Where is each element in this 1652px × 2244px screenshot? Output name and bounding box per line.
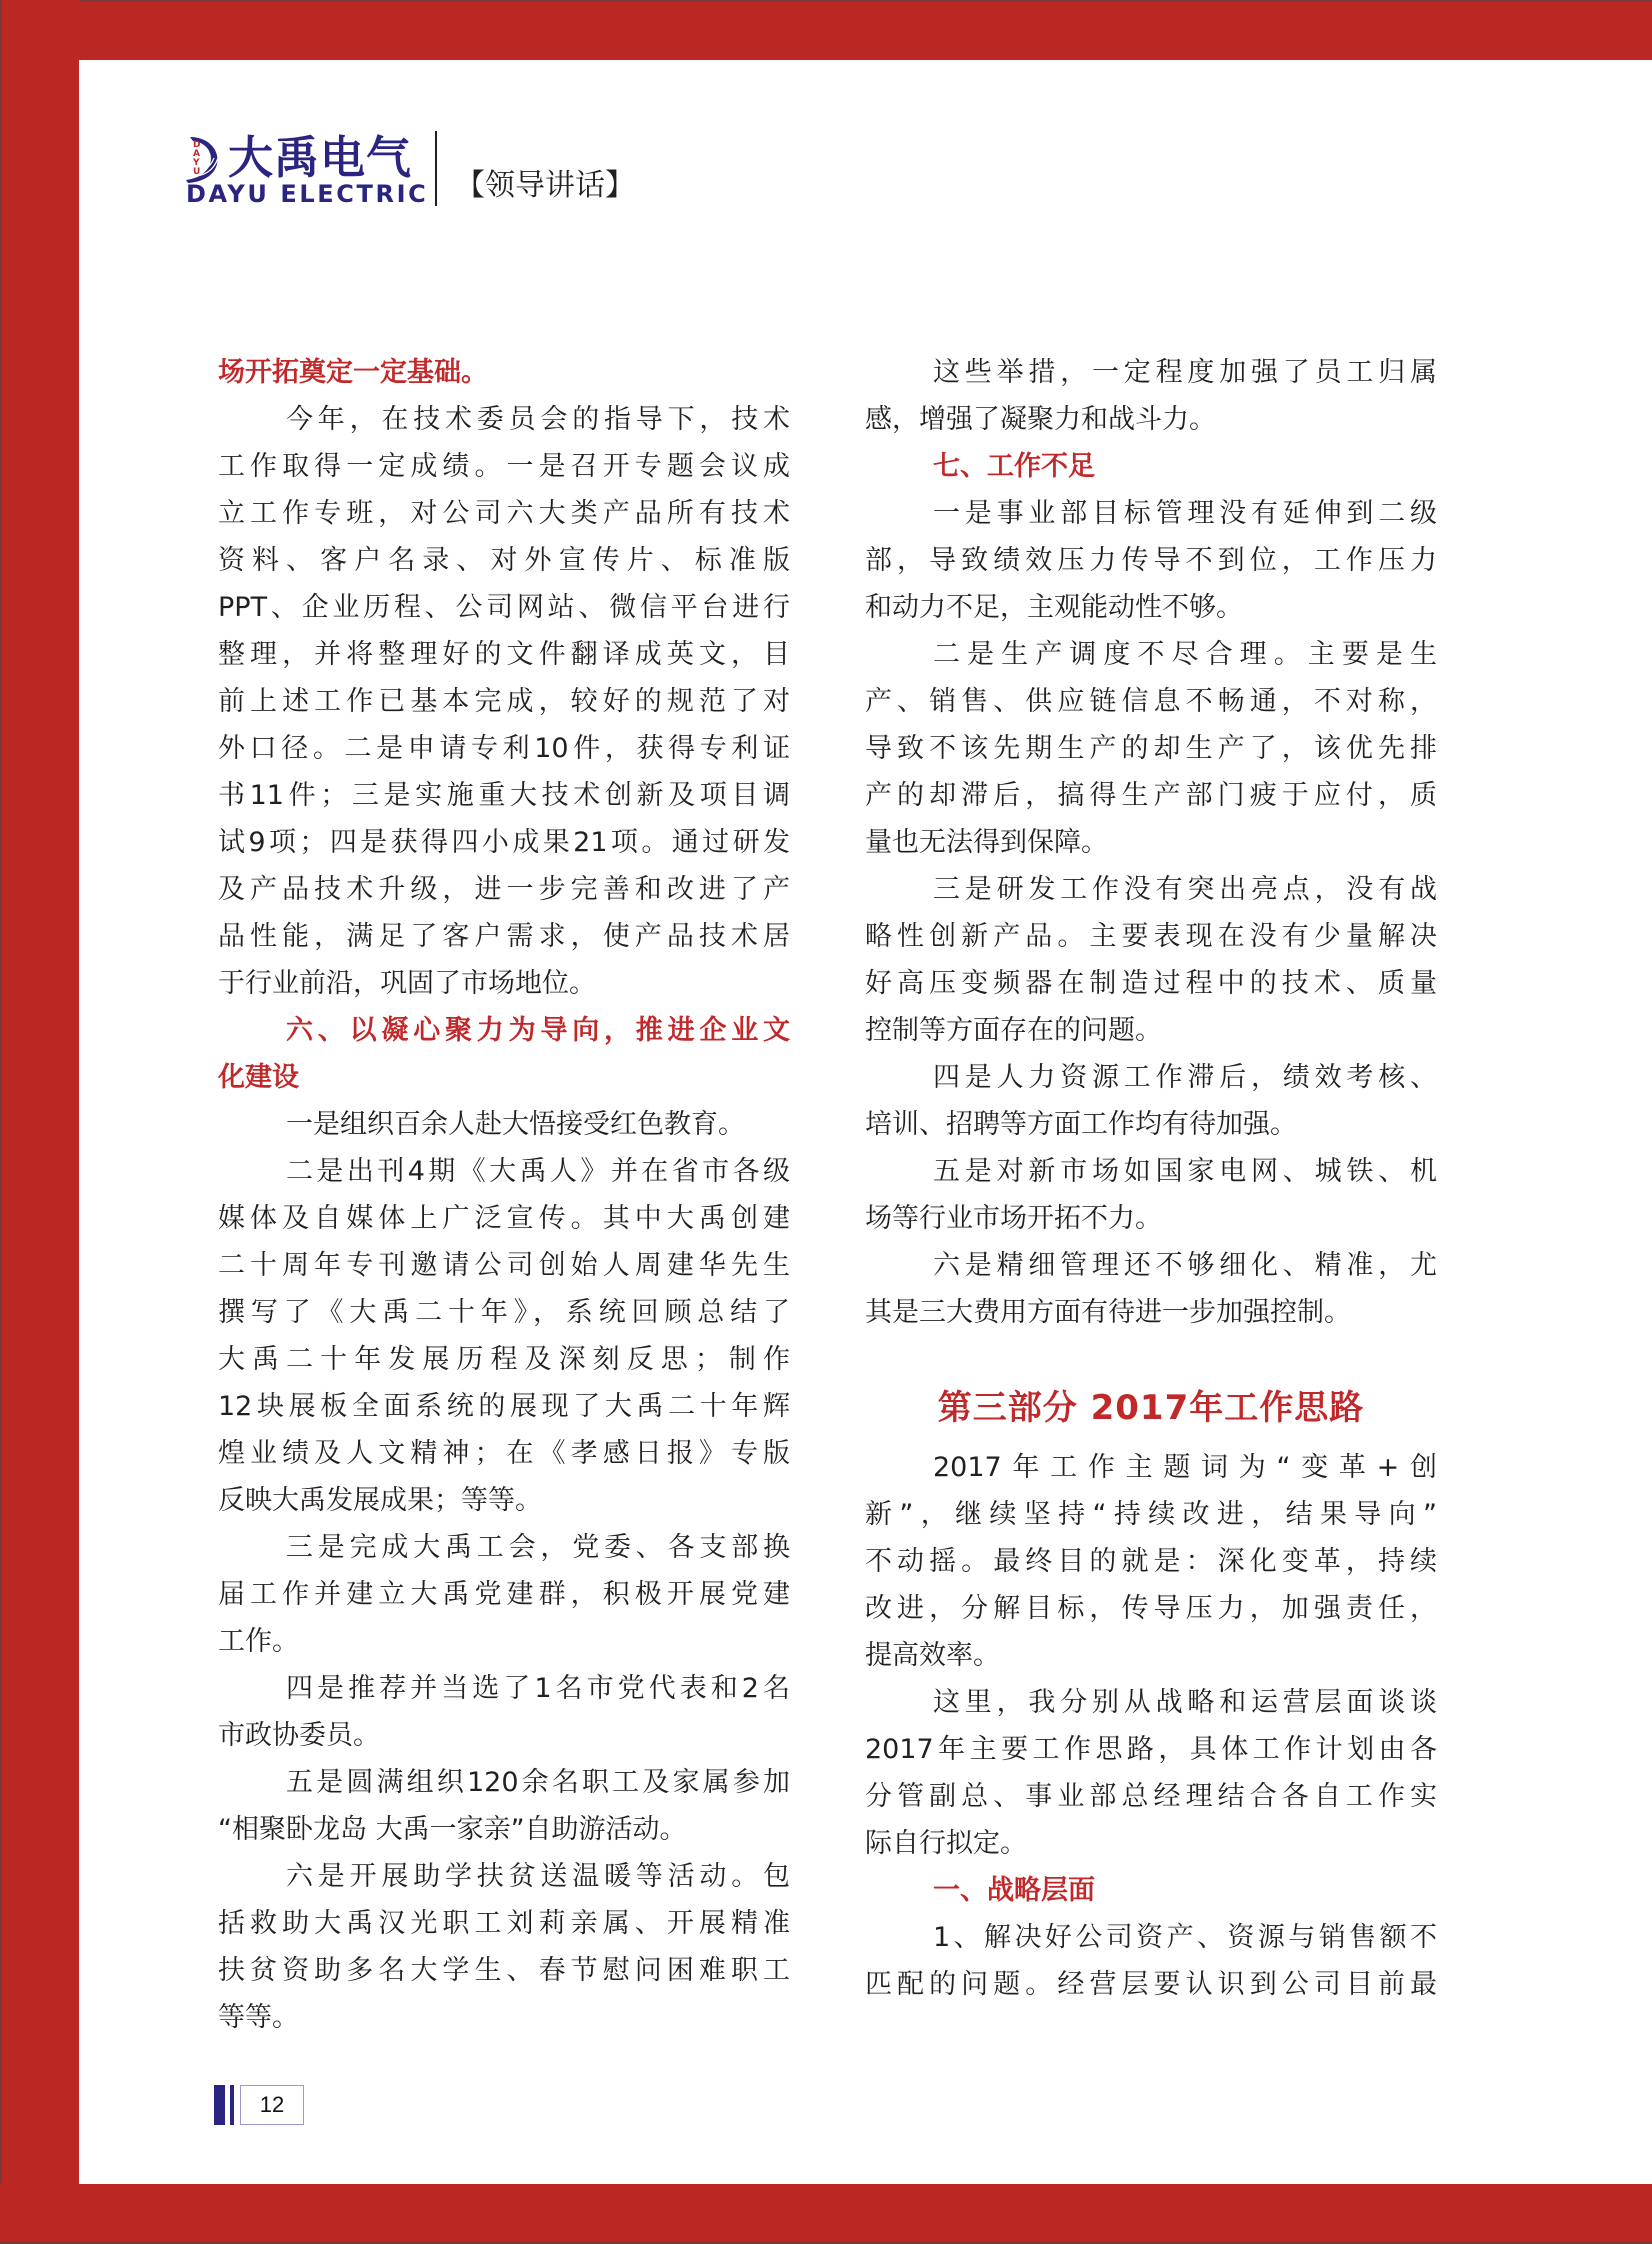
- text-line: 煌业绩及人文精神；在《孝感日报》专版: [218, 1430, 790, 1477]
- text-line: 分管副总、事业部总经理结合各自工作实: [865, 1773, 1437, 1820]
- text-line: 改进，分解目标，传导压力，加强责任，: [865, 1585, 1437, 1632]
- text-line: 工作。: [218, 1618, 790, 1665]
- text-line: 新”，继续坚持“持续改进，结果导向”: [865, 1491, 1437, 1538]
- subheading-line: 七、工作不足: [865, 443, 1437, 490]
- spacer: [865, 1336, 1437, 1376]
- text-line: 12块展板全面系统的展现了大禹二十年辉: [218, 1383, 790, 1430]
- page-number-bar-icon: [214, 2085, 225, 2125]
- company-logo: D A Y U 大禹电气 DAYU ELECTRIC: [184, 130, 434, 210]
- section-heading: 第三部分 2017年工作思路: [865, 1376, 1437, 1440]
- text-line: 媒体及自媒体上广泛宣传。其中大禹创建: [218, 1195, 790, 1242]
- dayu-swoosh-logo-icon: D A Y U: [184, 134, 226, 184]
- text-line: 反映大禹发展成果；等等。: [218, 1477, 790, 1524]
- text-line: 一是事业部目标管理没有延伸到二级: [865, 490, 1437, 537]
- logo-english-name: DAYU ELECTRIC: [186, 180, 428, 208]
- text-line: 际自行拟定。: [865, 1820, 1437, 1867]
- right-column-text-after-heading: 2017年工作主题词为“变革+创新”，继续坚持“持续改进，结果导向”不动摇。最终…: [865, 1444, 1437, 2008]
- text-line: 五是圆满组织120余名职工及家属参加: [218, 1759, 790, 1806]
- text-line: 这些举措，一定程度加强了员工归属: [865, 349, 1437, 396]
- text-line: 控制等方面存在的问题。: [865, 1007, 1437, 1054]
- text-line: 培训、招聘等方面工作均有待加强。: [865, 1101, 1437, 1148]
- text-line: 于行业前沿，巩固了市场地位。: [218, 960, 790, 1007]
- text-line: 和动力不足，主观能动性不够。: [865, 584, 1437, 631]
- text-line: 外口径。二是申请专利10件，获得专利证: [218, 725, 790, 772]
- text-line: 立工作专班，对公司六大类产品所有技术: [218, 490, 790, 537]
- text-line: 导致不该先期生产的却生产了，该优先排: [865, 725, 1437, 772]
- text-line: 及产品技术升级，进一步完善和改进了产: [218, 866, 790, 913]
- text-line: 六是开展助学扶贫送温暖等活动。包: [218, 1853, 790, 1900]
- logo-chinese-name: 大禹电气: [228, 130, 412, 186]
- text-line: 不动摇。最终目的就是：深化变革，持续: [865, 1538, 1437, 1585]
- svg-text:U: U: [193, 167, 200, 177]
- text-line: 2017年工作主题词为“变革+创: [865, 1444, 1437, 1491]
- subheading-line: 一、战略层面: [865, 1867, 1437, 1914]
- right-column-text-before-heading: 这些举措，一定程度加强了员工归属感，增强了凝聚力和战斗力。七、工作不足一是事业部…: [865, 349, 1437, 1336]
- frame-top-border: [0, 0, 1652, 60]
- text-line: PPT、企业历程、公司网站、微信平台进行: [218, 584, 790, 631]
- text-line: 产的却滞后，搞得生产部门疲于应付，质: [865, 772, 1437, 819]
- text-line: 前上述工作已基本完成，较好的规范了对: [218, 678, 790, 725]
- text-line: 部，导致绩效压力传导不到位，工作压力: [865, 537, 1437, 584]
- text-line: 撰写了《大禹二十年》，系统回顾总结了: [218, 1289, 790, 1336]
- text-line: 产、销售、供应链信息不畅通，不对称，: [865, 678, 1437, 725]
- frame-bottom-border: [0, 2184, 1652, 2244]
- text-line: 等等。: [218, 1994, 790, 2041]
- text-line: 提高效率。: [865, 1632, 1437, 1679]
- text-line: 好高压变频器在制造过程中的技术、质量: [865, 960, 1437, 1007]
- text-line: 大禹二十年发展历程及深刻反思；制作: [218, 1336, 790, 1383]
- text-line: 场等行业市场开拓不力。: [865, 1195, 1437, 1242]
- text-line: 1、解决好公司资产、资源与销售额不: [865, 1914, 1437, 1961]
- text-line: 一是组织百余人赴大悟接受红色教育。: [218, 1101, 790, 1148]
- text-line: 品性能，满足了客户需求，使产品技术居: [218, 913, 790, 960]
- text-line: 二是生产调度不尽合理。主要是生: [865, 631, 1437, 678]
- text-line: 市政协委员。: [218, 1712, 790, 1759]
- text-line: 三是完成大禹工会，党委、各支部换: [218, 1524, 790, 1571]
- text-line: 整理，并将整理好的文件翻译成英文，目: [218, 631, 790, 678]
- text-line: 三是研发工作没有突出亮点，没有战: [865, 866, 1437, 913]
- text-line: 扶贫资助多名大学生、春节慰问困难职工: [218, 1947, 790, 1994]
- text-line: 六是精细管理还不够细化、精准，尤: [865, 1242, 1437, 1289]
- text-line: 四是推荐并当选了1名市党代表和2名: [218, 1665, 790, 1712]
- text-line: 这里，我分别从战略和运营层面谈谈: [865, 1679, 1437, 1726]
- text-line: 试9项；四是获得四小成果21项。通过研发: [218, 819, 790, 866]
- text-line: 资料、客户名录、对外宣传片、标准版: [218, 537, 790, 584]
- page-number: 12: [240, 2085, 304, 2125]
- left-column: 场开拓奠定一定基础。今年，在技术委员会的指导下，技术工作取得一定成绩。一是召开专…: [218, 349, 790, 2041]
- subheading-line: 场开拓奠定一定基础。: [218, 349, 790, 396]
- text-line: 括救助大禹汉光职工刘莉亲属、开展精准: [218, 1900, 790, 1947]
- subheading-line: 六、以凝心聚力为导向，推进企业文: [218, 1007, 790, 1054]
- frame-left-border: [0, 0, 79, 2244]
- text-line: 其是三大费用方面有待进一步加强控制。: [865, 1289, 1437, 1336]
- text-line: 届工作并建立大禹党建群，积极开展党建: [218, 1571, 790, 1618]
- text-line: 今年，在技术委员会的指导下，技术: [218, 396, 790, 443]
- text-line: 略性创新产品。主要表现在没有少量解决: [865, 913, 1437, 960]
- text-line: 书11件；三是实施重大技术创新及项目调: [218, 772, 790, 819]
- text-line: 工作取得一定成绩。一是召开专题会议成: [218, 443, 790, 490]
- right-column: 这些举措，一定程度加强了员工归属感，增强了凝聚力和战斗力。七、工作不足一是事业部…: [865, 349, 1437, 2008]
- page-number-bar-icon: [230, 2085, 234, 2125]
- subheading-line: 化建设: [218, 1054, 790, 1101]
- text-line: 二是出刊4期《大禹人》并在省市各级: [218, 1148, 790, 1195]
- text-line: 五是对新市场如国家电网、城铁、机: [865, 1148, 1437, 1195]
- text-line: 量也无法得到保障。: [865, 819, 1437, 866]
- text-line: 2017年主要工作思路，具体工作计划由各: [865, 1726, 1437, 1773]
- text-line: “相聚卧龙岛 大禹一家亲”自助游活动。: [218, 1806, 790, 1853]
- text-line: 感，增强了凝聚力和战斗力。: [865, 396, 1437, 443]
- text-line: 匹配的问题。经营层要认识到公司目前最: [865, 1961, 1437, 2008]
- text-line: 四是人力资源工作滞后，绩效考核、: [865, 1054, 1437, 1101]
- header-divider: [435, 131, 437, 206]
- section-tag: 【领导讲话】: [455, 166, 635, 206]
- text-line: 二十周年专刊邀请公司创始人周建华先生: [218, 1242, 790, 1289]
